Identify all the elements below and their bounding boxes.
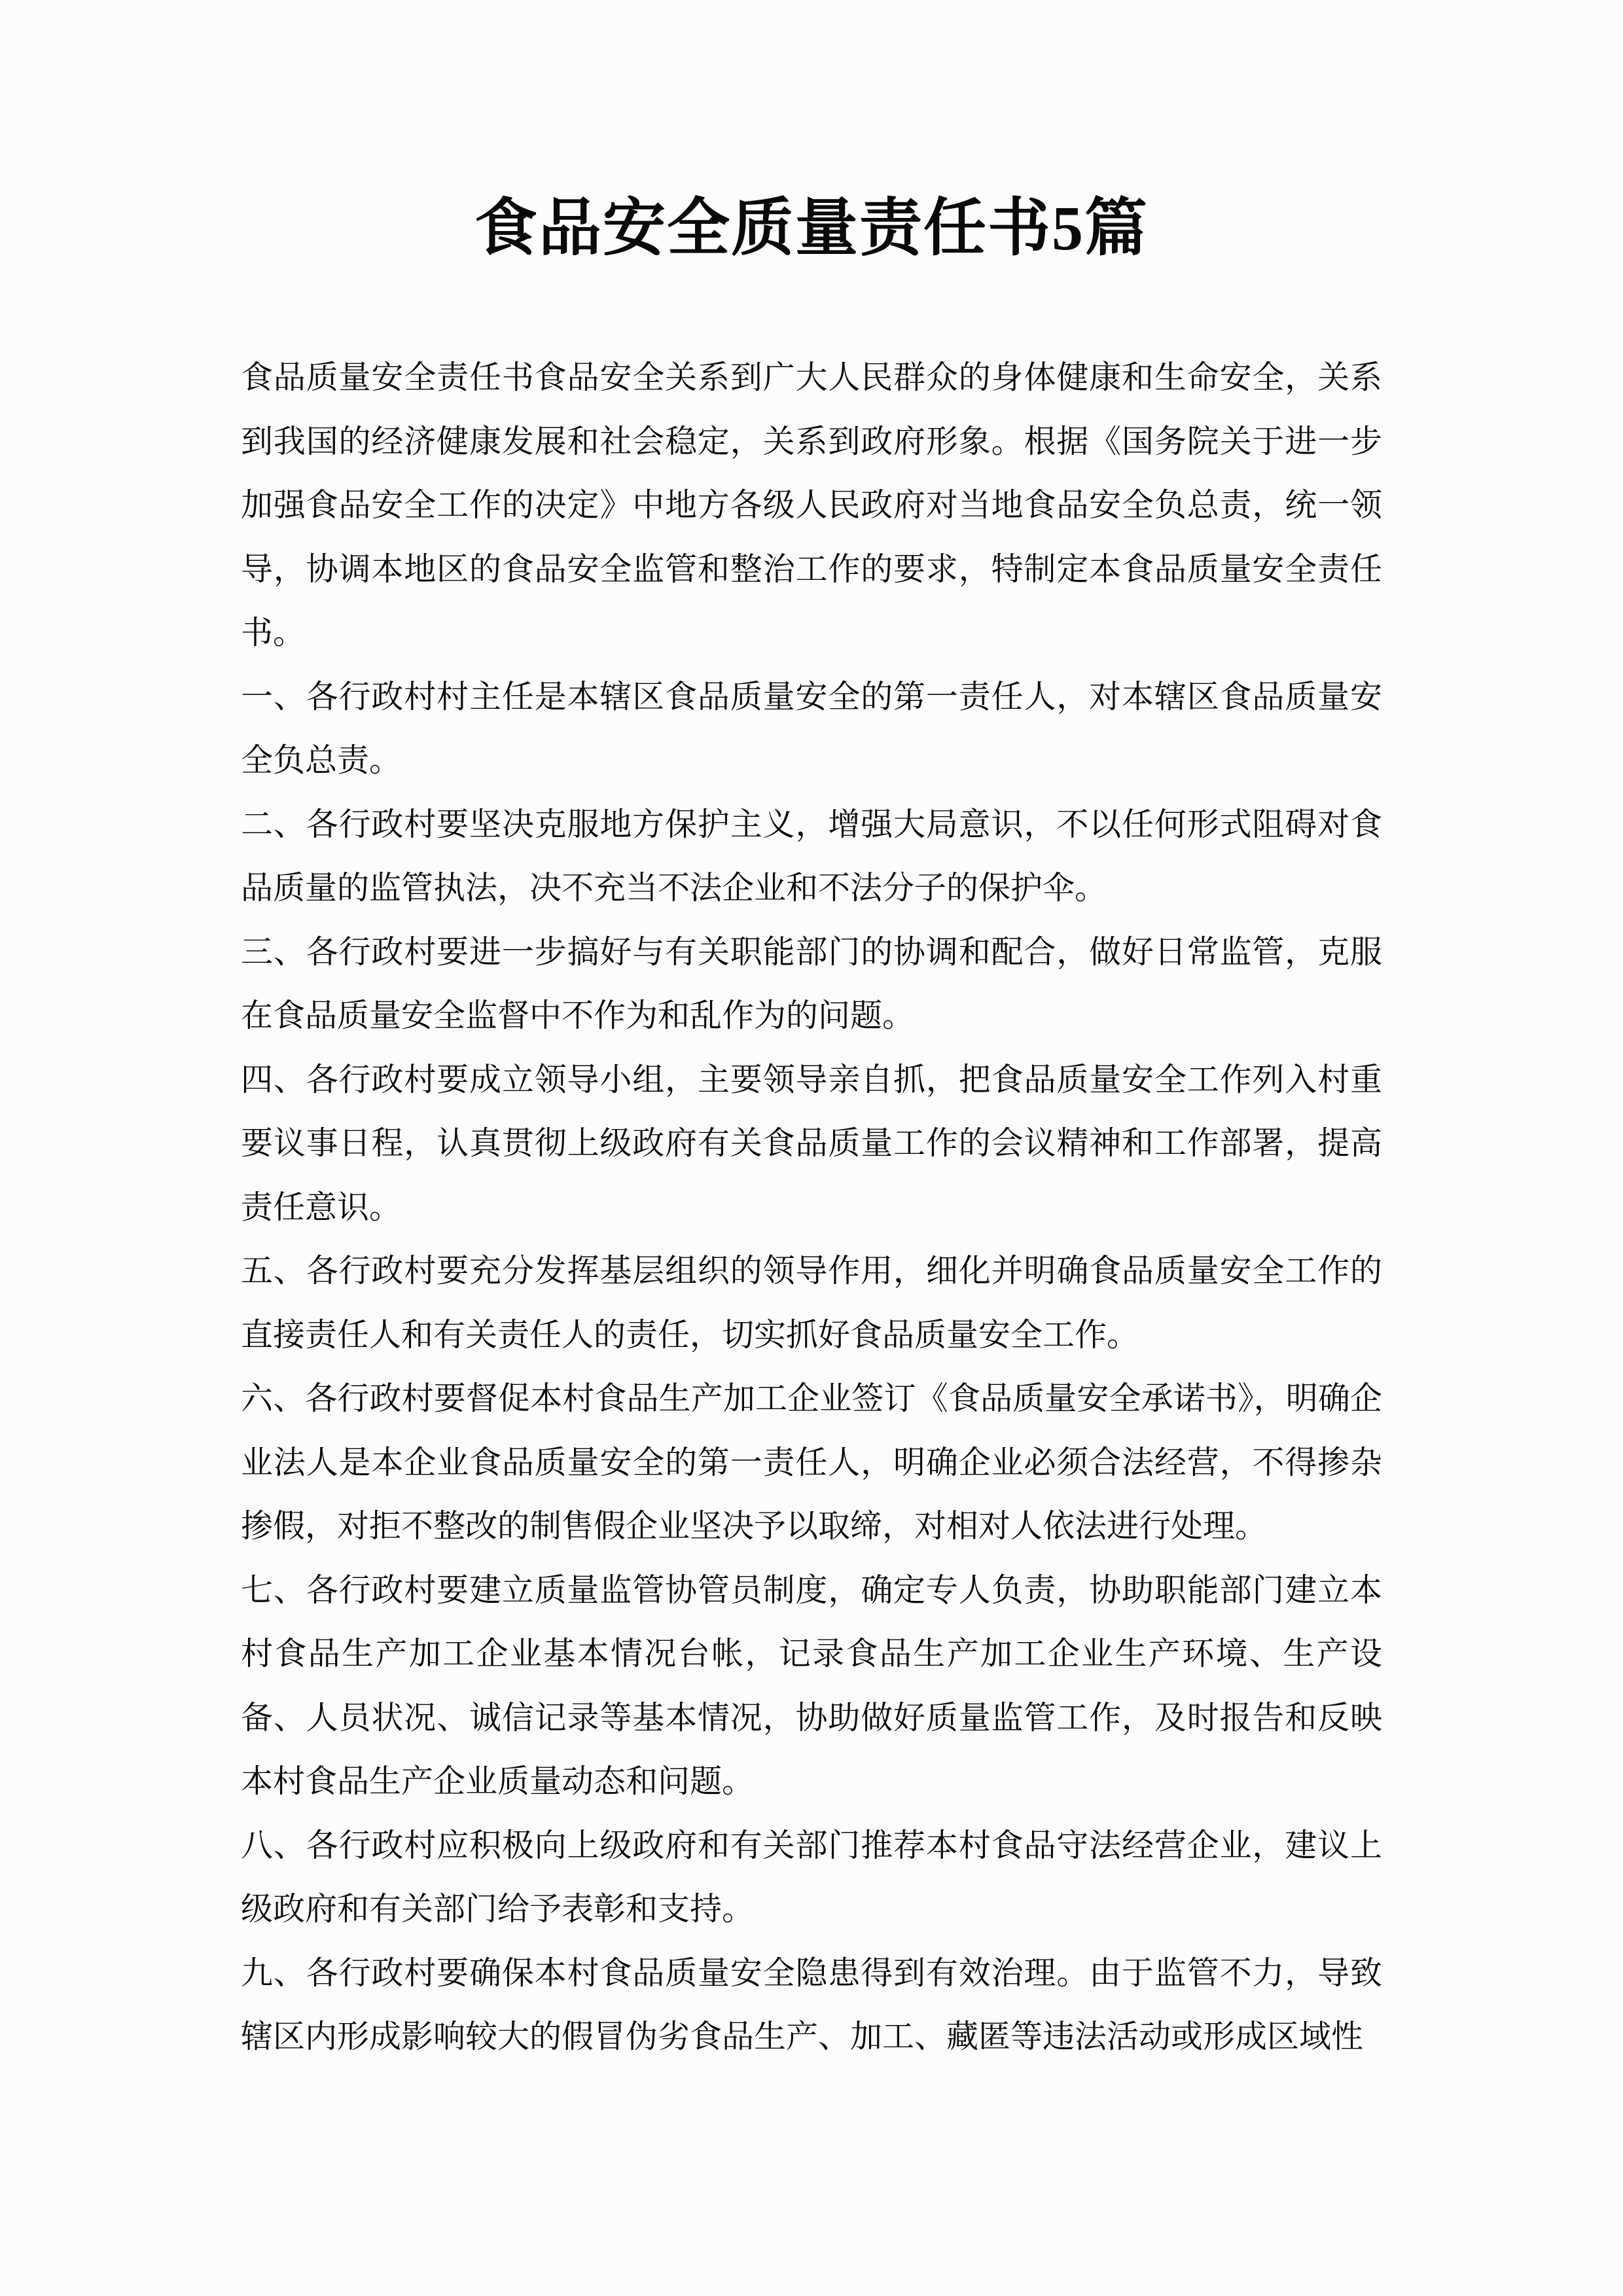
paragraph: 七、各行政村要建立质量监管协管员制度，确定专人负责，协助职能部门建立本村食品生产… [241, 1558, 1382, 1814]
paragraph: 五、各行政村要充分发挥基层组织的领导作用，细化并明确食品质量安全工作的直接责任人… [241, 1239, 1382, 1367]
paragraph: 二、各行政村要坚决克服地方保护主义，增强大局意识，不以任何形式阻碍对食品质量的监… [241, 793, 1382, 920]
paragraph: 四、各行政村要成立领导小组，主要领导亲自抓，把食品质量安全工作列入村重要议事日程… [241, 1048, 1382, 1240]
paragraph: 九、各行政村要确保本村食品质量安全隐患得到有效治理。由于监管不力，导致辖区内形成… [241, 1941, 1382, 2069]
paragraph: 三、各行政村要进一步搞好与有关职能部门的协调和配合，做好日常监管，克服在食品质量… [241, 920, 1382, 1048]
paragraph: 八、各行政村应积极向上级政府和有关部门推荐本村食品守法经营企业，建议上级政府和有… [241, 1814, 1382, 1941]
document-body: 食品质量安全责任书食品安全关系到广大人民群众的身体健康和生命安全，关系到我国的经… [241, 346, 1382, 2069]
paragraph: 食品质量安全责任书食品安全关系到广大人民群众的身体健康和生命安全，关系到我国的经… [241, 346, 1382, 665]
paragraph: 六、各行政村要督促本村食品生产加工企业签订《食品质量安全承诺书》，明确企业法人是… [241, 1367, 1382, 1558]
paragraph: 一、各行政村村主任是本辖区食品质量安全的第一责任人，对本辖区食品质量安全负总责。 [241, 665, 1382, 793]
document-page: 食品安全质量责任书5篇 食品质量安全责任书食品安全关系到广大人民群众的身体健康和… [0, 0, 1623, 2296]
document-title: 食品安全质量责任书5篇 [0, 186, 1623, 271]
